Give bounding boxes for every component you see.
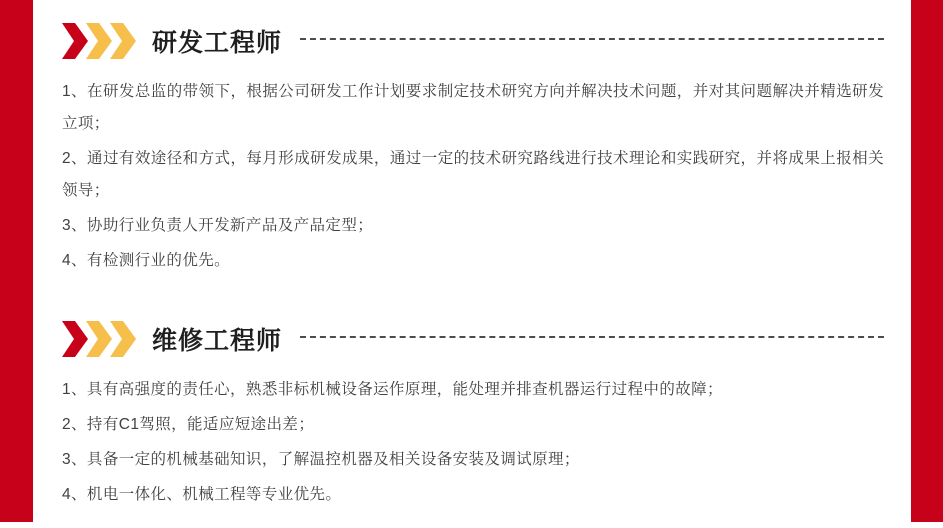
requirement-item: 3、具备一定的机械基础知识，了解温控机器及相关设备安装及调试原理； bbox=[62, 444, 884, 476]
dotted-divider bbox=[300, 336, 884, 338]
requirement-item: 1、具有高强度的责任心，熟悉非标机械设备运作原理，能处理并排查机器运行过程中的故… bbox=[62, 374, 884, 406]
requirement-item: 4、机电一体化、机械工程等专业优先。 bbox=[62, 479, 884, 511]
requirement-list: 1、在研发总监的带领下，根据公司研发工作计划要求制定技术研究方向并解决技术问题，… bbox=[62, 76, 884, 277]
job-section-maintenance-engineer: 维修工程师 1、具有高强度的责任心，熟悉非标机械设备运作原理，能处理并排查机器运… bbox=[62, 320, 884, 511]
requirement-item: 3、协助行业负责人开发新产品及产品定型； bbox=[62, 210, 884, 242]
section-title: 维修工程师 bbox=[152, 321, 282, 357]
section-title: 研发工程师 bbox=[152, 23, 282, 59]
poster-content: 研发工程师 1、在研发总监的带领下，根据公司研发工作计划要求制定技术研究方向并解… bbox=[62, 0, 884, 511]
requirement-item: 2、持有C1驾照，能适应短途出差； bbox=[62, 409, 884, 441]
job-section-rd-engineer: 研发工程师 1、在研发总监的带领下，根据公司研发工作计划要求制定技术研究方向并解… bbox=[62, 22, 884, 277]
right-border-bar bbox=[911, 0, 943, 522]
triple-chevron-right-icon bbox=[62, 320, 138, 358]
recruitment-poster: { "page": { "colors": { "accent_red": "#… bbox=[0, 0, 943, 528]
requirement-item: 2、通过有效途径和方式，每月形成研发成果，通过一定的技术研究路线进行技术理论和实… bbox=[62, 143, 884, 207]
triple-chevron-right-icon bbox=[62, 22, 138, 60]
requirement-list: 1、具有高强度的责任心，熟悉非标机械设备运作原理，能处理并排查机器运行过程中的故… bbox=[62, 374, 884, 511]
requirement-item: 1、在研发总监的带领下，根据公司研发工作计划要求制定技术研究方向并解决技术问题，… bbox=[62, 76, 884, 140]
left-border-bar bbox=[0, 0, 33, 522]
section-header: 维修工程师 bbox=[62, 320, 884, 358]
requirement-item: 4、有检测行业的优先。 bbox=[62, 245, 884, 277]
dotted-divider bbox=[300, 38, 884, 40]
section-header: 研发工程师 bbox=[62, 22, 884, 60]
